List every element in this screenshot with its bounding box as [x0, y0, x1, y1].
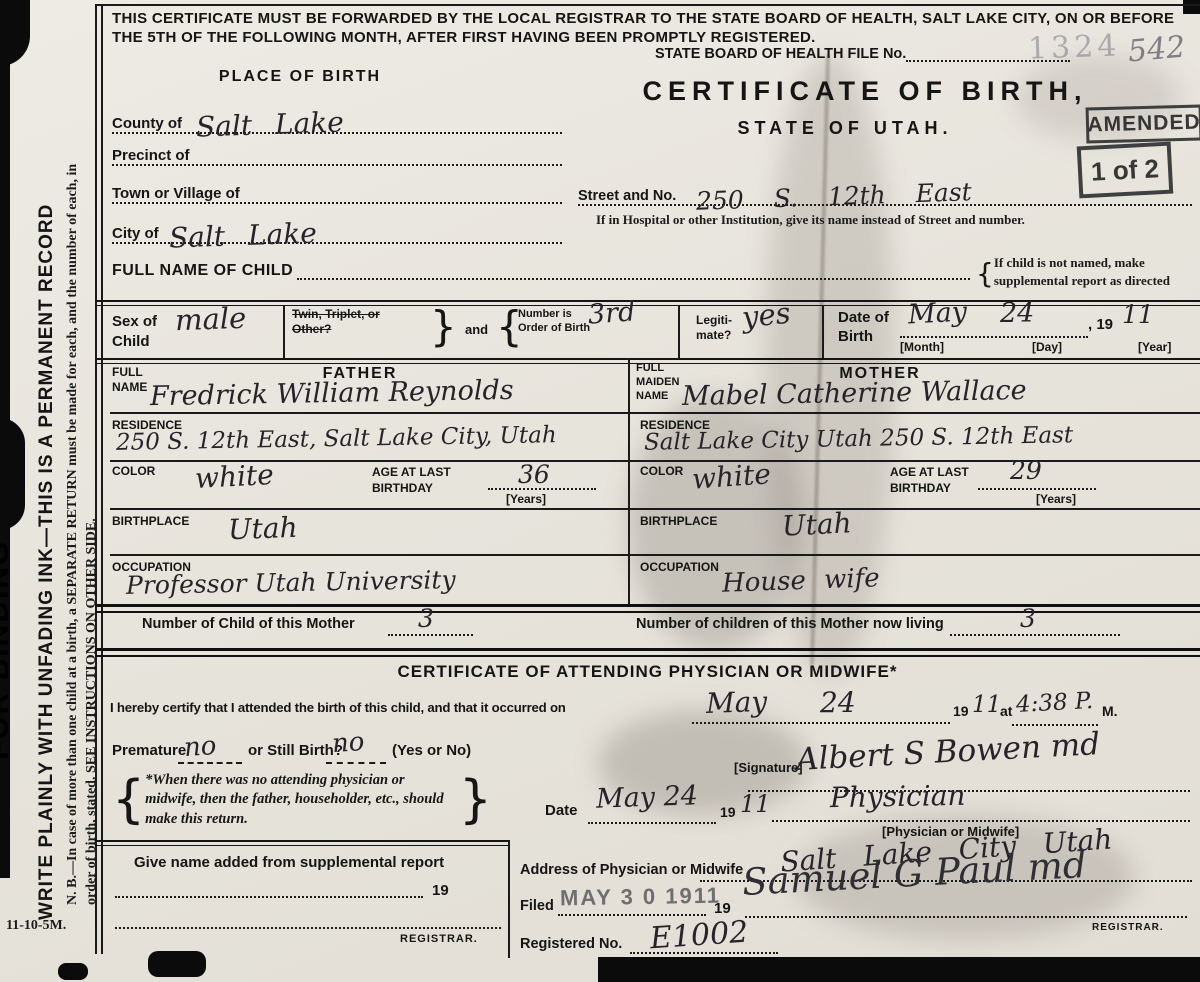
children-number-value: 3 [418, 604, 434, 633]
year-bracket: [Year] [1138, 340, 1171, 354]
hospital-note: If in Hospital or other Institution, giv… [596, 212, 1196, 228]
dob-year-hand: 11 [1122, 300, 1154, 329]
county-label: County of [112, 115, 182, 132]
father-color-value: white [194, 458, 274, 495]
precinct-label: Precinct of [112, 147, 190, 164]
left-border-outer [95, 4, 97, 954]
father-name-rule [110, 412, 628, 414]
address-label: Address of Physician or Midwife [520, 862, 743, 878]
premature-label: Premature [112, 742, 186, 759]
street-label: Street and No. [578, 188, 676, 204]
mother-age-value: 29 [1010, 456, 1042, 485]
father-occupation-value: Professor Utah University [126, 565, 456, 600]
occurred-line [692, 722, 950, 724]
father-age-label: AGE AT LAST BIRTHDAY [372, 464, 490, 496]
no-physician-note: { *When there was no attending physician… [112, 770, 492, 830]
mother-birthplace-rule [630, 554, 1200, 556]
physician-signature: Albert S Bowen md [795, 726, 1101, 778]
state-of-utah: STATE OF UTAH. [615, 118, 1075, 139]
town-label: Town or Village of [112, 185, 240, 202]
permanent-record-note: WRITE PLAINLY WITH UNFADING INK—THIS IS … [36, 204, 58, 920]
divider-order-legit [678, 306, 680, 358]
physician-section-title: CERTIFICATE OF ATTENDING PHYSICIAN OR MI… [95, 662, 1200, 682]
divider-sex-twin [283, 306, 285, 358]
amended-stamp: AMENDED [1086, 104, 1200, 143]
registered-value: E1002 [649, 915, 749, 957]
mother-name-value: Mabel Catherine Wallace [682, 375, 1027, 412]
children-living-line [950, 634, 1120, 636]
child-name-note: { If child is not named, make supplement… [976, 254, 1194, 294]
supplemental-label: Give name added from supplemental report [134, 854, 504, 871]
mother-age-line [978, 488, 1096, 490]
birth-certificate-scan: FOR BINDING WRITE PLAINLY WITH UNFADING … [0, 0, 1200, 982]
filed-year: 19 [714, 900, 731, 917]
binding-margin-text: FOR BINDING [0, 540, 16, 760]
father-name-value: Fredrick William Reynolds [150, 375, 514, 412]
note-brace: { [976, 254, 994, 294]
father-mother-divider [628, 358, 630, 606]
legitimate-label-line2: mate? [696, 328, 732, 343]
signature-label: [Signature] [734, 760, 803, 775]
supplemental-year: 19 [432, 882, 449, 899]
mother-occupation-label: OCCUPATION [640, 560, 719, 574]
children-living-value: 3 [1020, 604, 1036, 633]
supplemental-line-1 [115, 896, 423, 898]
note-brace-close: } [459, 770, 492, 830]
m-label: M. [1102, 703, 1118, 719]
stillbirth-line [326, 762, 386, 764]
left-border-inner [101, 4, 103, 954]
stillbirth-value: no [331, 727, 365, 759]
supplemental-line-2 [115, 927, 501, 929]
father-color-label: COLOR [112, 464, 155, 478]
physician-date-value: May 24 [595, 780, 698, 815]
father-birthplace-rule [110, 554, 628, 556]
father-years-bracket: [Years] [506, 492, 546, 506]
scan-bar-bottom [598, 957, 1200, 982]
yesno-label: (Yes or No) [392, 742, 471, 759]
town-row: Town or Village of [112, 178, 562, 204]
role-line [772, 820, 1190, 822]
mother-color-rule [630, 508, 1200, 510]
at-label: at [1000, 703, 1012, 719]
dob-year-printed: , 19 [1088, 316, 1113, 333]
file-number-row: STATE BOARD OF HEALTH FILE No. [655, 44, 1070, 62]
mother-color-value: white [691, 457, 772, 495]
dob-day-value: 24 [1000, 298, 1034, 329]
occurred-year-hand: 11 [972, 692, 1001, 718]
file-number-handwritten: 542 [1127, 30, 1187, 70]
occurred-month: May [705, 685, 767, 720]
precinct-row: Precinct of [112, 140, 562, 166]
supplemental-box-right-border [508, 840, 510, 958]
mother-birthplace-label: BIRTHPLACE [640, 514, 717, 528]
children-number-label: Number of Child of this Mother [142, 616, 355, 632]
father-color-rule [110, 508, 628, 510]
no-physician-note-text: *When there was no attending physician o… [145, 771, 459, 830]
father-birthplace-label: BIRTHPLACE [112, 514, 189, 528]
scan-blob-bottom-1 [148, 951, 206, 977]
street-row: Street and No. 250 S. 12th East [578, 166, 1192, 206]
month-bracket: [Month] [900, 340, 944, 354]
city-label: City of [112, 225, 159, 242]
children-number-line [388, 634, 473, 636]
registered-label: Registered No. [520, 936, 622, 952]
dob-line [900, 336, 1088, 338]
day-bracket: [Day] [1032, 340, 1062, 354]
note-brace-open: { [112, 770, 145, 830]
mother-birthplace-value: Utah [781, 506, 852, 543]
mother-name-rule [630, 412, 1200, 414]
certify-statement: I hereby certify that I attended the bir… [110, 700, 566, 715]
time-value: 4:38 P. [1015, 688, 1093, 718]
sex-value: male [174, 301, 246, 337]
registrar-signature-line [745, 916, 1187, 918]
divider-legit-dob [822, 306, 824, 358]
filed-line [558, 914, 706, 916]
registrar-right-label: REGISTRAR. [1092, 922, 1164, 933]
physician-date-year-printed: 19 [720, 804, 736, 820]
role-value: Physician [830, 779, 966, 814]
mother-color-label: COLOR [640, 464, 683, 478]
place-of-birth-title: PLACE OF BIRTH [150, 68, 450, 86]
father-age-value: 36 [518, 460, 550, 489]
physician-date-label: Date [545, 802, 578, 819]
supplemental-box-top-rule [95, 840, 510, 846]
legitimate-label-line1: Legiti- [696, 313, 732, 328]
file-number-label: STATE BOARD OF HEALTH FILE No. [655, 46, 906, 62]
county-value: Salt Lake [195, 105, 344, 143]
certificate-title: CERTIFICATE OF BIRTH, [615, 76, 1115, 107]
legitimate-value: yes [740, 296, 792, 335]
sex-label: Sex of Child [112, 312, 174, 351]
form-code: 11-10-5M. [6, 918, 66, 934]
father-birthplace-value: Utah [227, 511, 298, 546]
mother-age-label: AGE AT LAST BIRTHDAY [890, 464, 1008, 496]
child-name-note-text: If child is not named, make supplemental… [994, 254, 1194, 294]
child-name-row: FULL NAME OF CHILD [112, 262, 970, 280]
scan-blob-bottom-2 [58, 963, 88, 980]
time-line [1012, 724, 1098, 726]
scan-wedge-top-left [0, 0, 30, 66]
order-brace-close: } [430, 302, 457, 351]
occurred-year-printed: 19 [953, 703, 969, 719]
rule-above-physician [95, 648, 1200, 657]
dob-month-value: May [907, 296, 968, 330]
top-rule [95, 4, 1200, 6]
father-residence-rule [110, 460, 628, 462]
registrar-left-label: REGISTRAR. [400, 933, 478, 945]
twin-label: Twin, Triplet, or Other? [292, 307, 400, 337]
filed-label: Filed [520, 898, 554, 914]
order-value: 3rd [587, 296, 636, 330]
filed-date-stamp: MAY 3 0 1911 [560, 883, 721, 912]
child-name-line [297, 262, 970, 280]
signature-line [748, 790, 1190, 792]
child-name-label: FULL NAME OF CHILD [112, 262, 293, 280]
city-row: City of Salt Lake [112, 206, 562, 244]
city-value: Salt Lake [168, 216, 317, 254]
physician-date-year-hand: 11 [740, 790, 771, 818]
children-living-label: Number of children of this Mother now li… [636, 616, 944, 632]
mother-occupation-value: House wife [722, 563, 881, 598]
occurred-day: 24 [820, 686, 856, 719]
file-number-stamped: 1324 [1027, 28, 1121, 66]
physician-date-line [588, 822, 716, 824]
scan-blob-left [0, 418, 25, 530]
stillbirth-label: or Still Birth? [248, 742, 343, 759]
and-label: and [465, 322, 488, 337]
premature-value: no [183, 731, 217, 763]
street-value: 250 S. 12th East [696, 177, 973, 216]
mother-years-bracket: [Years] [1036, 492, 1076, 506]
legitimate-label: Legiti- mate? [696, 313, 732, 343]
county-row: County of Salt Lake [112, 94, 562, 134]
